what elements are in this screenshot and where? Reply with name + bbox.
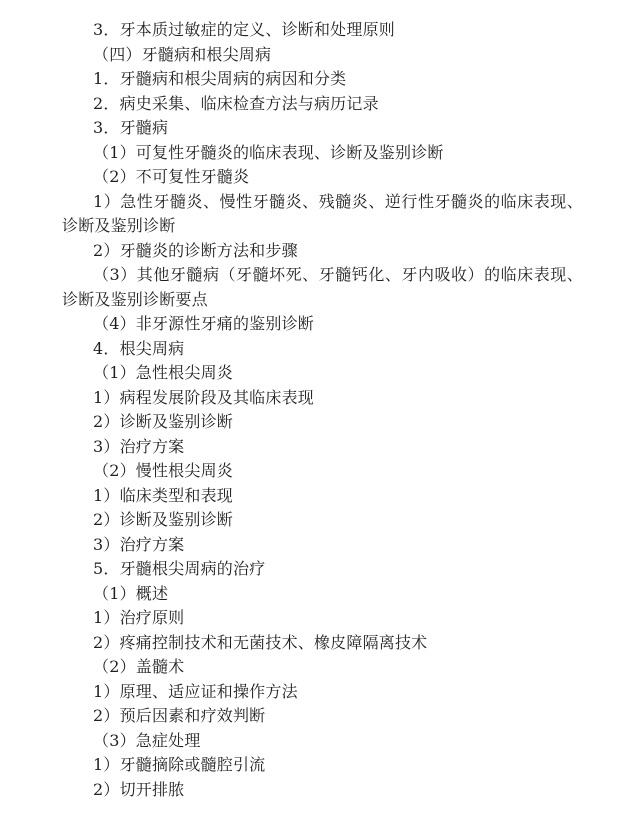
subitem-overview: （1）概述 (93, 584, 586, 604)
point-pulpitis-types: 1）急性牙髓炎、慢性牙髓炎、残髓炎、逆行性牙髓炎的临床表现、 (93, 192, 583, 212)
item-2-history: 2．病史采集、临床检查方法与病历记录 (93, 94, 586, 114)
item-3-dentin-hypersensitivity: 3．牙本质过敏症的定义、诊断和处理原则 (93, 20, 586, 40)
item-3-pulp-disease: 3．牙髓病 (93, 118, 586, 138)
item-5-treatment: 5．牙髓根尖周病的治疗 (93, 559, 586, 579)
subitem-pulp-capping: （2）盖髓术 (93, 657, 586, 677)
point-treatment-principles: 1）治疗原则 (93, 608, 586, 628)
point-pain-control: 2）疼痛控制技术和无菌技术、橡皮障隔离技术 (93, 633, 586, 653)
subitem-other-pulp-disease: （3）其他牙髓病（牙髓坏死、牙髓钙化、牙内吸收）的临床表现、 (93, 265, 583, 285)
subitem-non-odontogenic-pain: （4）非牙源性牙痛的鉴别诊断 (93, 314, 586, 334)
point-treatment-acute: 3）治疗方案 (93, 437, 586, 457)
subitem-emergency: （3）急症处理 (93, 731, 586, 751)
point-principles-indications: 1）原理、适应证和操作方法 (93, 682, 586, 702)
point-diagnosis-chronic: 2）诊断及鉴别诊断 (93, 510, 586, 530)
point-disease-stages: 1）病程发展阶段及其临床表现 (93, 388, 586, 408)
subitem-irreversible-pulpitis: （2）不可复性牙髓炎 (93, 167, 586, 187)
subitem-other-pulp-disease-continued: 诊断及鉴别诊断要点 (62, 290, 586, 310)
point-pulpitis-types-continued: 诊断及鉴别诊断 (62, 216, 586, 236)
point-treatment-chronic: 3）治疗方案 (93, 535, 586, 555)
subitem-chronic-periapical: （2）慢性根尖周炎 (93, 461, 586, 481)
point-clinical-types: 1）临床类型和表现 (93, 486, 586, 506)
point-pulpitis-diagnosis: 2）牙髓炎的诊断方法和步骤 (93, 241, 586, 261)
point-incision-drainage: 2）切开排脓 (93, 780, 586, 800)
point-diagnosis-acute: 2）诊断及鉴别诊断 (93, 412, 586, 432)
item-4-periapical-disease: 4．根尖周病 (93, 339, 586, 359)
subitem-reversible-pulpitis: （1）可复性牙髓炎的临床表现、诊断及鉴别诊断 (93, 143, 586, 163)
section-4-heading: （四）牙髓病和根尖周病 (93, 45, 586, 65)
point-prognosis: 2）预后因素和疗效判断 (93, 706, 586, 726)
item-1-etiology: 1．牙髓病和根尖周病的病因和分类 (93, 69, 586, 89)
document-page: 3．牙本质过敏症的定义、诊断和处理原则 （四）牙髓病和根尖周病 1．牙髓病和根尖… (0, 0, 620, 824)
point-pulp-extirpation: 1）牙髓摘除或髓腔引流 (93, 755, 586, 775)
subitem-acute-periapical: （1）急性根尖周炎 (93, 363, 586, 383)
